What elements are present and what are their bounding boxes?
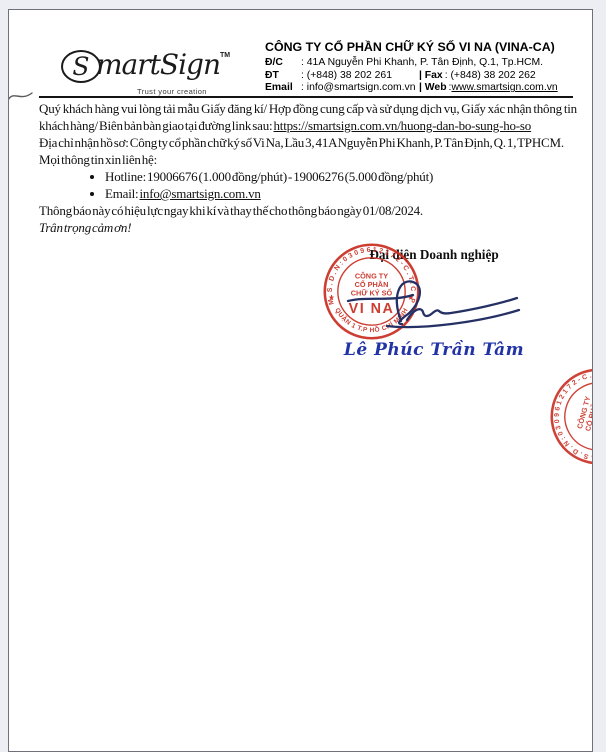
smartsign-logo: S martSign TM xyxy=(61,46,230,83)
document-page: S martSign TM Trust your creation CÔNG T… xyxy=(8,9,593,752)
logo-tagline: Trust your creation xyxy=(137,87,207,96)
stamp-star-left-icon: ★ xyxy=(328,293,335,302)
contact-list: Hotline: 19006676 (1.000 đồng/phút) - 19… xyxy=(39,168,577,202)
fax-label: | Fax xyxy=(419,70,443,83)
company-info-block: CÔNG TY CỔ PHẦN CHỮ KÝ SỐ VI NA (VINA-CA… xyxy=(265,40,593,95)
email-label: Email xyxy=(265,82,301,95)
paragraph-contact-intro: Mọi thông tin xin liên hệ: xyxy=(39,151,577,168)
company-name: CÔNG TY CỔ PHẦN CHỮ KÝ SỐ VI NA (VINA-CA… xyxy=(265,40,593,54)
signer-name: Lê Phúc Trần Tâm xyxy=(334,340,534,360)
logo-initial: S xyxy=(72,52,89,81)
address-value: : 41A Nguyễn Phi Khanh, P. Tân Định, Q.1… xyxy=(301,57,543,70)
email-item: Email: info@smartsign.com.vn xyxy=(105,185,577,202)
paragraph-office-address: Địa chỉ nhận hồ sơ: Công ty cổ phần chữ … xyxy=(39,134,577,151)
scan-artifact-mark xyxy=(8,86,34,104)
company-email-row: Email : info@smartsign.com.vn | Web : ww… xyxy=(265,82,593,95)
address-label: Đ/C xyxy=(265,57,301,70)
hoso-guide-link[interactable]: https://smartsign.com.vn/huong-dan-bo-su… xyxy=(273,118,531,133)
phone-label: ĐT xyxy=(265,70,301,83)
logo-trademark: TM xyxy=(220,52,230,59)
header-divider xyxy=(39,96,573,98)
web-label: | Web xyxy=(419,82,447,95)
website-link[interactable]: www.smartsign.com.vn xyxy=(451,82,557,95)
company-phone-row: ĐT : (+848) 38 202 261 | Fax : (+848) 38… xyxy=(265,70,593,83)
contact-email-link[interactable]: info@smartsign.com.vn xyxy=(140,186,261,201)
paragraph-download-instruction: Quý khách hàng vui lòng tải mẫu Giấy đăn… xyxy=(39,100,577,134)
email-item-prefix: Email: xyxy=(105,186,140,201)
fax-value: : (+848) 38 202 262 xyxy=(445,70,536,83)
edge-overlap-stamp: M.S.D.N:0309612172-C.T.C.P QUẬN 1 T.P HỒ… xyxy=(538,356,593,477)
email-value: : info@smartsign.com.vn xyxy=(301,82,416,95)
handwritten-signature xyxy=(341,268,521,332)
logo-wordmark: martSign xyxy=(96,48,220,81)
company-address-row: Đ/C : 41A Nguyễn Phi Khanh, P. Tân Định,… xyxy=(265,57,593,70)
paragraph-thanks: Trân trọng cảm ơn! xyxy=(39,219,577,236)
paragraph-effective-note: Thông báo này có hiệu lực ngay khi kí và… xyxy=(39,202,577,219)
phone-value: : (+848) 38 202 261 xyxy=(301,70,392,83)
logo-s-oval-icon: S xyxy=(61,50,101,83)
letter-body: Quý khách hàng vui lòng tải mẫu Giấy đăn… xyxy=(39,100,577,236)
hotline-item: Hotline: 19006676 (1.000 đồng/phút) - 19… xyxy=(105,168,577,185)
edge-stamp-star-left-icon: ★ xyxy=(589,452,593,461)
